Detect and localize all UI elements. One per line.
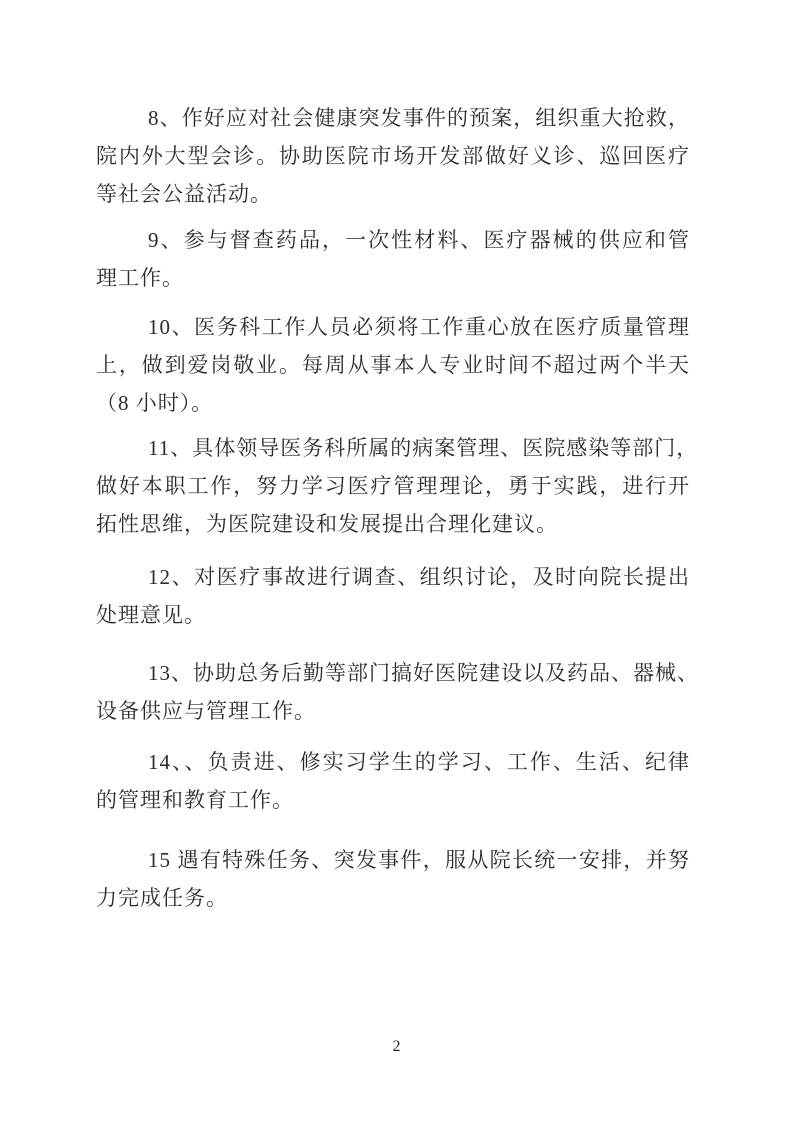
text-line: 等社会公益活动。: [96, 175, 690, 213]
paragraph: 8、作好应对社会健康突发事件的预案，组织重大抢救，院内外大型会诊。协助医院市场开…: [96, 99, 690, 213]
paragraph: 10、医务科工作人员必须将工作重心放在医疗质量管理上，做到爱岗敬业。每周从事本人…: [96, 308, 690, 422]
paragraph: 12、对医疗事故进行调查、组织讨论，及时向院长提出处理意见。: [96, 558, 690, 634]
text-line: 13、协助总务后勤等部门搞好医院建设以及药品、器械、: [96, 654, 690, 692]
text-line: 理工作。: [96, 259, 690, 297]
paragraph: 15 遇有特殊任务、突发事件，服从院长统一安排，并努力完成任务。: [96, 841, 690, 917]
text-line: 12、对医疗事故进行调查、组织讨论，及时向院长提出: [96, 558, 690, 596]
paragraph: 14、、负责进、修实习学生的学习、工作、生活、纪律的管理和教育工作。: [96, 743, 690, 819]
paragraph: 13、协助总务后勤等部门搞好医院建设以及药品、器械、设备供应与管理工作。: [96, 654, 690, 730]
text-line: 11、具体领导医务科所属的病案管理、医院感染等部门，: [96, 429, 690, 467]
text-line: 10、医务科工作人员必须将工作重心放在医疗质量管理: [96, 308, 690, 346]
document-page: 8、作好应对社会健康突发事件的预案，组织重大抢救，院内外大型会诊。协助医院市场开…: [0, 0, 793, 1122]
text-line: 院内外大型会诊。协助医院市场开发部做好义诊、巡回医疗: [96, 137, 690, 175]
paragraph: 11、具体领导医务科所属的病案管理、医院感染等部门，做好本职工作，努力学习医疗管…: [96, 429, 690, 543]
text-line: （8 小时）。: [96, 384, 690, 422]
text-line: 力完成任务。: [96, 879, 690, 917]
text-line: 上，做到爱岗敬业。每周从事本人专业时间不超过两个半天: [96, 346, 690, 384]
text-line: 8、作好应对社会健康突发事件的预案，组织重大抢救，: [96, 99, 690, 137]
paragraph: 9、参与督查药品，一次性材料、医疗器械的供应和管理工作。: [96, 221, 690, 297]
text-line: 的管理和教育工作。: [96, 781, 690, 819]
text-line: 做好本职工作，努力学习医疗管理理论，勇于实践，进行开: [96, 467, 690, 505]
text-line: 9、参与督查药品，一次性材料、医疗器械的供应和管: [96, 221, 690, 259]
text-line: 14、、负责进、修实习学生的学习、工作、生活、纪律: [96, 743, 690, 781]
text-line: 拓性思维，为医院建设和发展提出合理化建议。: [96, 505, 690, 543]
page-number: 2: [0, 1037, 793, 1057]
text-line: 15 遇有特殊任务、突发事件，服从院长统一安排，并努: [96, 841, 690, 879]
text-line: 处理意见。: [96, 596, 690, 634]
text-line: 设备供应与管理工作。: [96, 692, 690, 730]
document-body: 8、作好应对社会健康突发事件的预案，组织重大抢救，院内外大型会诊。协助医院市场开…: [96, 99, 690, 917]
